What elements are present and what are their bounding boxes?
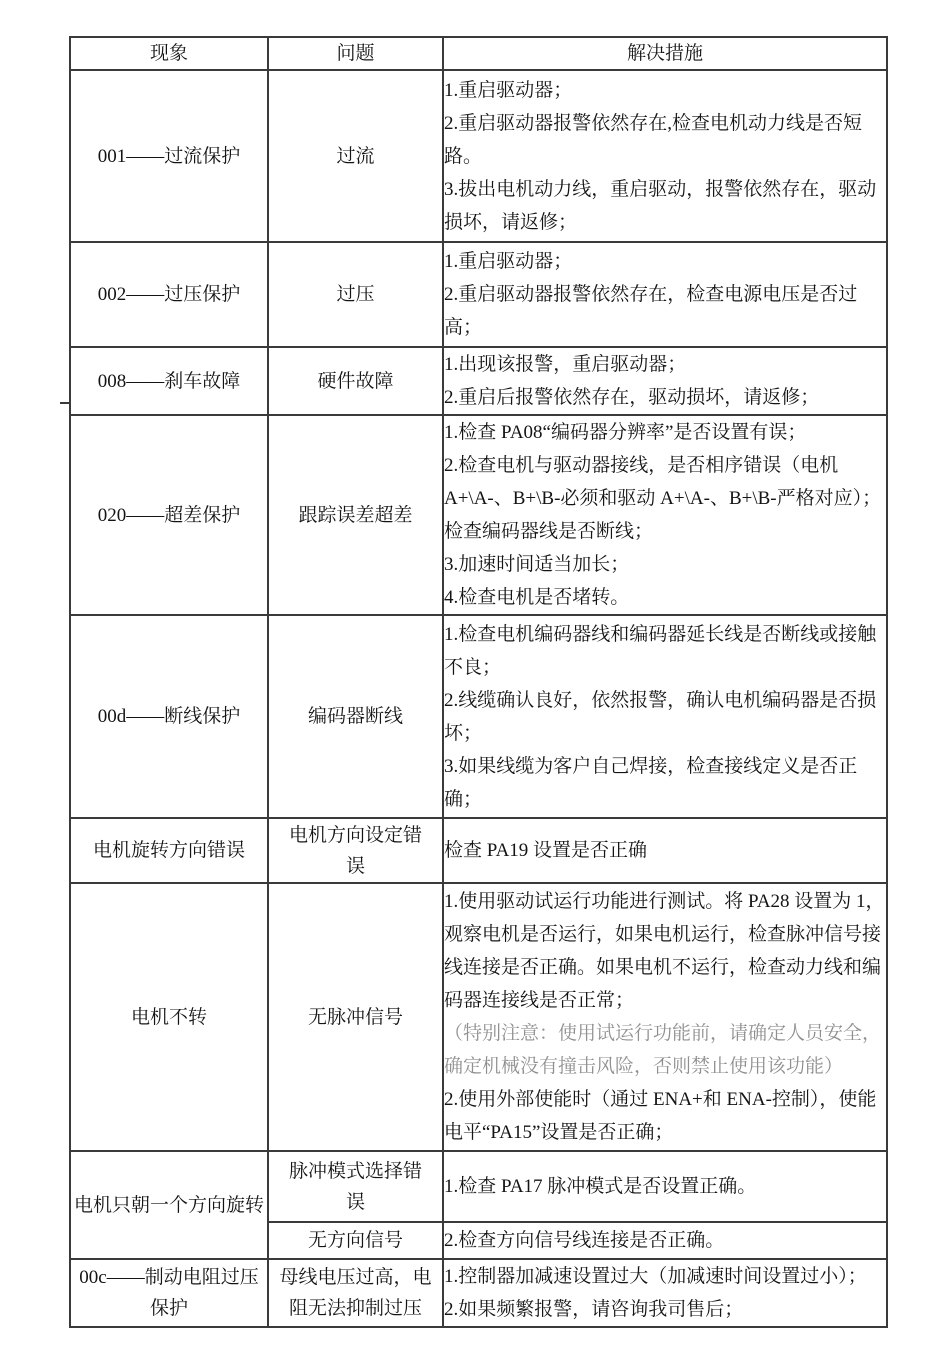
- row-008-brake-fault: 008——刹车故障 硬件故障 1.出现该报警，重启驱动器； 2.重启后报警依然存…: [70, 347, 887, 415]
- solution-item: 检查 PA19 设置是否正确: [444, 834, 886, 867]
- header-cell-solution: 解决措施: [443, 37, 887, 70]
- solution-item: 4.检查电机是否堵转。: [444, 581, 886, 614]
- solution-cell: 1.出现该报警，重启驱动器； 2.重启后报警依然存在，驱动损坏，请返修；: [443, 347, 887, 415]
- solution-item: 1.检查 PA08“编码器分辨率”是否设置有误；: [444, 416, 886, 449]
- problem-cell: 无脉冲信号: [268, 883, 443, 1151]
- phenomenon-cell: 020——超差保护: [70, 415, 268, 615]
- solution-cell: 1.控制器加减速设置过大（加减速时间设置过小）； 2.如果频繁报警，请咨询我司售…: [443, 1259, 887, 1327]
- solution-item: 1.检查 PA17 脉冲模式是否设置正确。: [444, 1170, 886, 1203]
- row-001-overcurrent-protection: 001——过流保护 过流 1.重启驱动器； 2.重启驱动器报警依然存在,检查电机…: [70, 70, 887, 242]
- document-page: 现象 问题 解决措施 001——过流保护 过流 1.重启驱动器； 2.重启驱动器…: [0, 0, 946, 1357]
- solution-item: 1.检查电机编码器线和编码器延长线是否断线或接触不良；: [444, 618, 886, 684]
- solution-cell: 1.使用驱动试运行功能进行测试。将 PA28 设置为 1，观察电机是否运行，如果…: [443, 883, 887, 1151]
- solution-item: 2.检查电机与驱动器接线，是否相序错误（电机 A+\A-、B+\B-必须和驱动 …: [444, 449, 886, 548]
- solution-item: 1.出现该报警，重启驱动器；: [444, 348, 886, 381]
- solution-cell: 1.检查 PA08“编码器分辨率”是否设置有误； 2.检查电机与驱动器接线，是否…: [443, 415, 887, 615]
- phenomenon-cell: 008——刹车故障: [70, 347, 268, 415]
- problem-cell: 跟踪误差超差: [268, 415, 443, 615]
- solution-item: 2.重启驱动器报警依然存在，检查电源电压是否过高；: [444, 278, 886, 344]
- header-row: 现象 问题 解决措施: [70, 37, 887, 70]
- problem-cell: 母线电压过高，电 阻无法抑制过压: [268, 1259, 443, 1327]
- phenomenon-cell: 电机不转: [70, 883, 268, 1151]
- problem-cell: 硬件故障: [268, 347, 443, 415]
- solution-item: 2.使用外部使能时（通过 ENA+和 ENA-控制），使能电平“PA15”设置是…: [444, 1083, 886, 1149]
- row-00c-brake-resistor-overvoltage: 00c——制动电阻过压保护 母线电压过高，电 阻无法抑制过压 1.控制器加减速设…: [70, 1259, 887, 1327]
- solution-item: 1.控制器加减速设置过大（加减速时间设置过小）；: [444, 1260, 886, 1293]
- phenomenon-cell: 00d——断线保护: [70, 615, 268, 818]
- solution-item: 2.检查方向信号线连接是否正确。: [444, 1224, 886, 1257]
- phenomenon-cell: 电机只朝一个方向旋转: [70, 1151, 268, 1259]
- problem-cell: 过流: [268, 70, 443, 242]
- row-002-overvoltage-protection: 002——过压保护 过压 1.重启驱动器； 2.重启驱动器报警依然存在，检查电源…: [70, 242, 887, 347]
- solution-item: 1.重启驱动器；: [444, 245, 886, 278]
- problem-cell: 无方向信号: [268, 1222, 443, 1259]
- solution-item: 1.重启驱动器；: [444, 74, 886, 107]
- phenomenon-cell: 00c——制动电阻过压保护: [70, 1259, 268, 1327]
- phenomenon-cell: 002——过压保护: [70, 242, 268, 347]
- solution-item: 2.重启驱动器报警依然存在,检查电机动力线是否短路。: [444, 107, 886, 173]
- solution-cell: 1.检查 PA17 脉冲模式是否设置正确。: [443, 1151, 887, 1222]
- safety-note: （特别注意：使用试运行功能前，请确定人员安全，确定机械没有撞击风险，否则禁止使用…: [444, 1017, 886, 1083]
- row-motor-rotation-direction-wrong: 电机旋转方向错误 电机方向设定错 误 检查 PA19 设置是否正确: [70, 818, 887, 883]
- solution-item: 3.加速时间适当加长；: [444, 548, 886, 581]
- header-cell-problem: 问题: [268, 37, 443, 70]
- phenomenon-cell: 电机旋转方向错误: [70, 818, 268, 883]
- solution-item: 2.如果频繁报警，请咨询我司售后；: [444, 1293, 886, 1326]
- row-motor-one-direction: 电机只朝一个方向旋转 脉冲模式选择错 误 1.检查 PA17 脉冲模式是否设置正…: [70, 1151, 887, 1222]
- header-cell-phenomenon: 现象: [70, 37, 268, 70]
- solution-cell: 1.重启驱动器； 2.重启驱动器报警依然存在，检查电源电压是否过高；: [443, 242, 887, 347]
- problem-cell: 编码器断线: [268, 615, 443, 818]
- phenomenon-cell: 001——过流保护: [70, 70, 268, 242]
- problem-cell: 电机方向设定错 误: [268, 818, 443, 883]
- solution-cell: 2.检查方向信号线连接是否正确。: [443, 1222, 887, 1259]
- solution-item: 2.重启后报警依然存在，驱动损坏，请返修；: [444, 381, 886, 414]
- row-motor-not-turning: 电机不转 无脉冲信号 1.使用驱动试运行功能进行测试。将 PA28 设置为 1，…: [70, 883, 887, 1151]
- row-020-following-error-protection: 020——超差保护 跟踪误差超差 1.检查 PA08“编码器分辨率”是否设置有误…: [70, 415, 887, 615]
- solution-item: 2.线缆确认良好，依然报警，确认电机编码器是否损坏；: [444, 684, 886, 750]
- solution-item: 3.如果线缆为客户自己焊接，检查接线定义是否正确；: [444, 750, 886, 816]
- troubleshooting-table: 现象 问题 解决措施 001——过流保护 过流 1.重启驱动器； 2.重启驱动器…: [69, 36, 888, 1328]
- page-artifact-tick: [60, 402, 69, 404]
- solution-item: 1.使用驱动试运行功能进行测试。将 PA28 设置为 1，观察电机是否运行，如果…: [444, 885, 886, 1017]
- row-00d-wire-break-protection: 00d——断线保护 编码器断线 1.检查电机编码器线和编码器延长线是否断线或接触…: [70, 615, 887, 818]
- solution-cell: 1.检查电机编码器线和编码器延长线是否断线或接触不良； 2.线缆确认良好，依然报…: [443, 615, 887, 818]
- solution-item: 3.拔出电机动力线，重启驱动，报警依然存在，驱动损坏，请返修；: [444, 173, 886, 239]
- problem-cell: 过压: [268, 242, 443, 347]
- problem-cell: 脉冲模式选择错 误: [268, 1151, 443, 1222]
- solution-cell: 检查 PA19 设置是否正确: [443, 818, 887, 883]
- solution-cell: 1.重启驱动器； 2.重启驱动器报警依然存在,检查电机动力线是否短路。 3.拔出…: [443, 70, 887, 242]
